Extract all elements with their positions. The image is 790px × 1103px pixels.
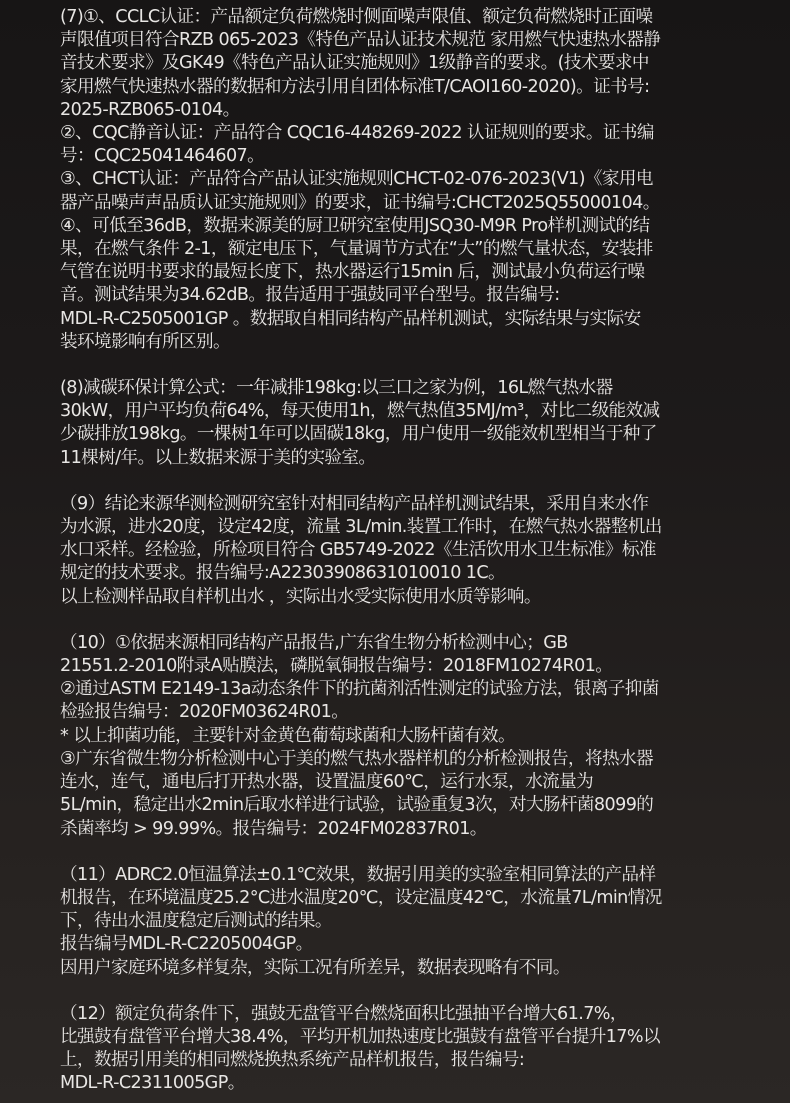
text-line: 少碳排放198kg。一棵树1年可以固碳18kg，用户使用一级能效机型相当于种了 [60,423,730,446]
text-line: 以上检测样品取自样机出水 ，实际出水受实际使用水质等影响。 [60,586,730,609]
text-line: 水口采样。经检验，所检项目符合 GB5749-2022《生活饮用水卫生标准》标准 [60,539,730,562]
text-line: MDL-R-C2311005GP。 [60,1072,730,1095]
text-line: 音。测试结果为34.62dB。报告适用于强鼓同平台型号。报告编号: [60,284,730,307]
text-line: 号：CQC25041464607。 [60,145,730,168]
text-line: MDL-R-C2505001GP 。数据取自相同结构产品样机测试，实际结果与实际… [60,308,730,331]
text-line: （10）①依据来源相同结构产品报告,广东省生物分析检测中心；GB [60,632,730,655]
text-line: (8)减碳环保计算公式：一年减排198kg:以三口之家为例，16L燃气热水器 [60,377,730,400]
note-8-carbon-reduction: (8)减碳环保计算公式：一年减排198kg:以三口之家为例，16L燃气热水器 3… [60,377,730,470]
text-line: ③广东省微生物分析检测中心于美的燃气热水器样机的分析检测报告，将热水器 [60,748,730,771]
text-line: 检验报告编号：2020FM03624R01。 [60,701,730,724]
paragraph-spacer [60,609,730,632]
text-line: 11棵树/年。以上数据来源于美的实验室。 [60,447,730,470]
text-line: 5L/min，稳定出水2min后取水样进行试验，试验重复3次，对大肠杆菌8099… [60,794,730,817]
text-line: （12）额定负荷条件下，强鼓无盘管平台燃烧面积比强抽平台增大61.7%， [60,1003,730,1026]
paragraph-spacer [60,980,730,1003]
text-line: 连水，连气，通电后打开热水器，设置温度60℃，运行水泵，水流量为 [60,771,730,794]
text-line: ④、可低至36dB，数据来源美的厨卫研究室使用JSQ30-M9R Pro样机测试… [60,215,730,238]
paragraph-spacer [60,470,730,493]
text-line: (7)①、CCLC认证：产品额定负荷燃烧时侧面噪声限值、额定负荷燃烧时正面噪 [60,6,730,29]
text-line: ②通过ASTM E2149-13a动态条件下的抗菌剂活性测定的试验方法，银离子抑… [60,678,730,701]
text-line: 机报告，在环境温度25.2°C进水温度20℃，设定温度42℃，水流量7L/min… [60,887,730,910]
text-line: 杀菌率均 > 99.99%。报告编号：2024FM02837R01。 [60,818,730,841]
text-line: 果，在燃气条件 2-1，额定电压下，气量调节方式在“大”的燃气量状态，安装排 [60,238,730,261]
text-line: 2025-RZB065-0104。 [60,99,730,122]
text-line: 装环境影响有所区别。 [60,331,730,354]
note-9-water-quality: （9）结论来源华测检测研究室针对相同结构产品样机测试结果，采用自来水作 为水源，… [60,493,730,609]
text-line: * 以上抑菌功能，主要针对金黄色葡萄球菌和大肠杆菌有效。 [60,725,730,748]
text-line: 上，数据引用美的相同燃烧换热系统产品样机报告，报告编号: [60,1049,730,1072]
footnotes-document: (7)①、CCLC认证：产品额定负荷燃烧时侧面噪声限值、额定负荷燃烧时正面噪 声… [60,6,730,1096]
note-12-combustion-area: （12）额定负荷条件下，强鼓无盘管平台燃烧面积比强抽平台增大61.7%， 比强鼓… [60,1003,730,1096]
paragraph-spacer [60,354,730,377]
text-line: 音技术要求》及GK49《特色产品认证实施规则》1级静音的要求。(技术要求中 [60,52,730,75]
text-line: （9）结论来源华测检测研究室针对相同结构产品样机测试结果，采用自来水作 [60,493,730,516]
text-line: 气管在说明书要求的最短长度下，热水器运行15min 后，测试最小负荷运行噪 [60,261,730,284]
text-line: 30kW，用户平均负荷64%，每天使用1h，燃气热值35MJ/m³，对比二级能效… [60,400,730,423]
text-line: 规定的技术要求。报告编号:A22303908631010010 1C。 [60,562,730,585]
note-11-constant-temperature: （11）ADRC2.0恒温算法±0.1℃效果，数据引用美的实验室相同算法的产品样… [60,864,730,980]
note-7-certifications: (7)①、CCLC认证：产品额定负荷燃烧时侧面噪声限值、额定负荷燃烧时正面噪 声… [60,6,730,354]
text-line: （11）ADRC2.0恒温算法±0.1℃效果，数据引用美的实验室相同算法的产品样 [60,864,730,887]
note-10-antibacterial: （10）①依据来源相同结构产品报告,广东省生物分析检测中心；GB 21551.2… [60,632,730,841]
paragraph-spacer [60,841,730,864]
text-line: 比强鼓有盘管平台增大38.4%，平均开机加热速度比强鼓有盘管平台提升17%以 [60,1026,730,1049]
text-line: 器产品噪声声品质认证实施规则》的要求，证书编号:CHCT2025Q5500010… [60,192,730,215]
text-line: 家用燃气快速热水器的数据和方法引用自团体标准T/CAOI160-2020)。证书… [60,76,730,99]
text-line: ③、CHCT认证：产品符合产品认证实施规则CHCT-02-076-2023(V1… [60,168,730,191]
text-line: 21551.2-2010附录A贴膜法，磷脱氧铜报告编号：2018FM10274R… [60,655,730,678]
text-line: 声限值项目符合RZB 065-2023《特色产品认证技术规范 家用燃气快速热水器… [60,29,730,52]
text-line: ②、CQC静音认证：产品符合 CQC16-448269-2022 认证规则的要求… [60,122,730,145]
text-line: 为水源，进水20度，设定42度，流量 3L/min.装置工作时，在燃气热水器整机… [60,516,730,539]
text-line: 下，待出水温度稳定后测试的结果。 [60,910,730,933]
text-line: 报告编号MDL-R-C2205004GP。 [60,933,730,956]
text-line: 因用户家庭环境多样复杂，实际工况有所差异，数据表现略有不同。 [60,957,730,980]
